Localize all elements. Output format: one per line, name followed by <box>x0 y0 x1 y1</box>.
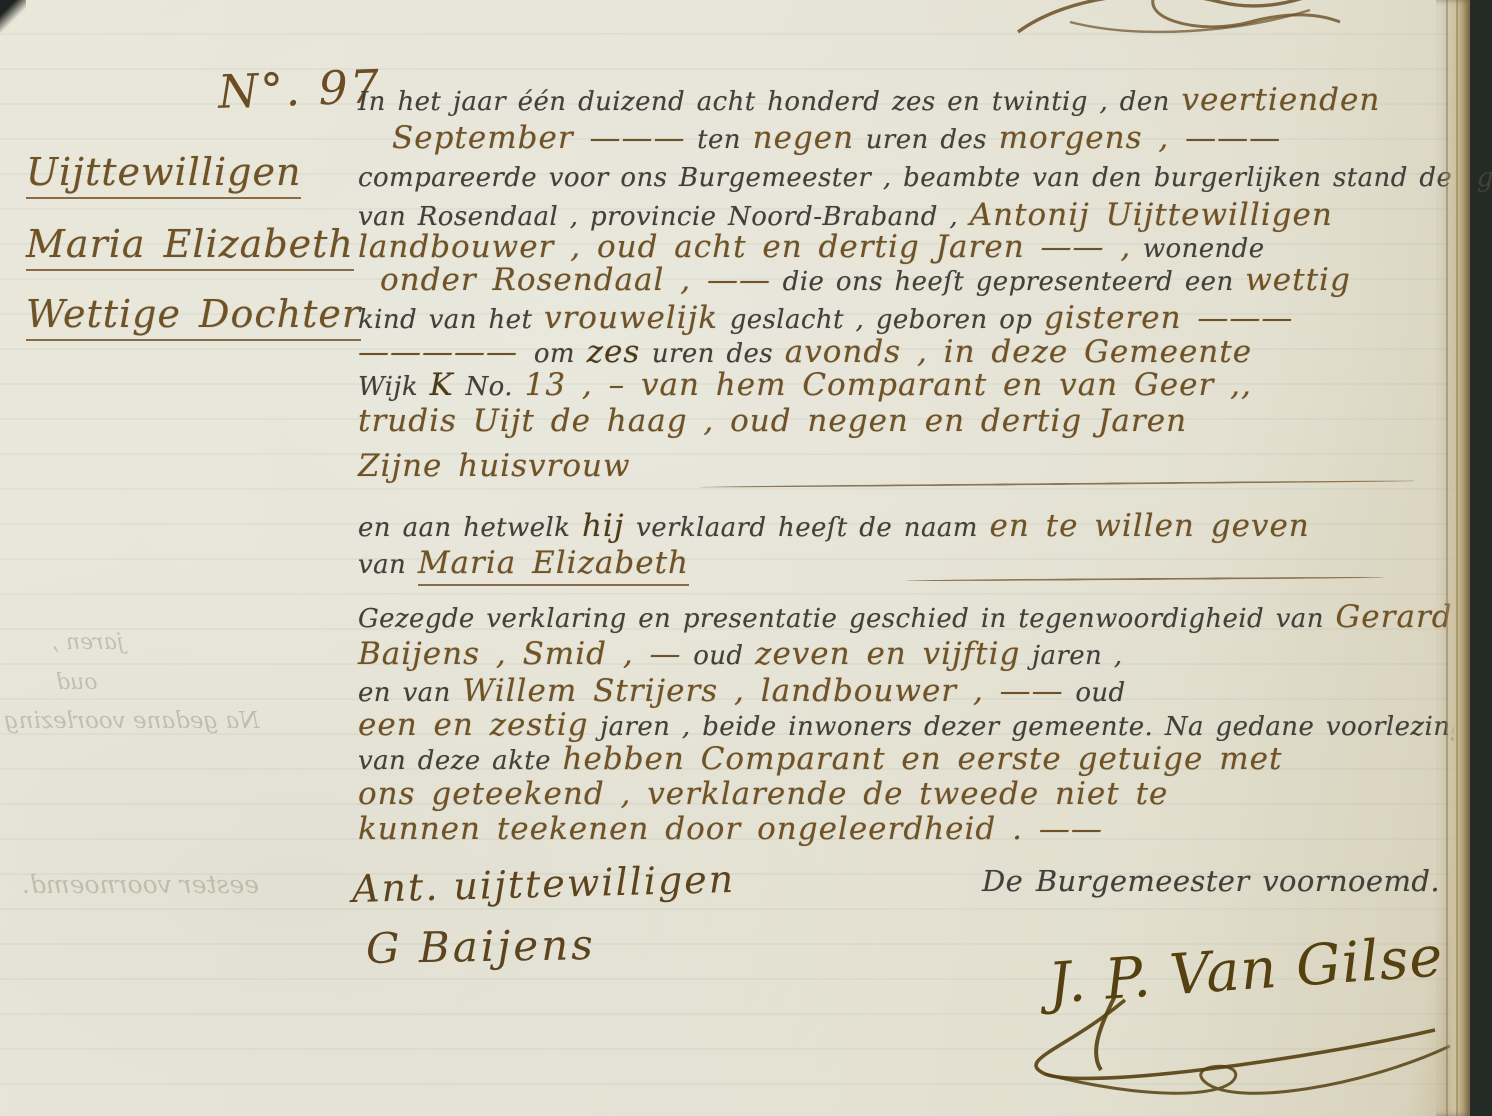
handwritten-text: veertienden <box>1181 82 1380 118</box>
printed-text: oud <box>1064 678 1126 708</box>
printed-text: en aan hetwelk <box>358 513 582 543</box>
handwritten-text: Uijttewilligen <box>26 150 301 199</box>
record-line: van Rosendaal , provincie Noord-Braband … <box>358 197 1333 233</box>
bleed-through-text: Na gedane voorlezing <box>4 708 259 734</box>
printed-text: jaren , beide inwoners dezer gemeente. N… <box>588 712 1467 742</box>
scanned-register-page: N°. 97 Uijttewilligen Maria Elizabeth We… <box>0 0 1492 1116</box>
handwritten-text: vrouwelijk <box>544 300 718 336</box>
printed-text: van deze akte <box>358 746 563 776</box>
printed-text: geslacht , geboren op <box>718 305 1044 335</box>
printed-text: oud <box>682 641 756 671</box>
signature-declarant: Ant. uijttewilligen <box>351 857 735 911</box>
printed-text: Wijk <box>358 372 430 402</box>
handwritten-text: zes <box>587 334 641 370</box>
record-line: Zijne huisvrouw <box>358 448 630 484</box>
record-line: van deze akte hebben Comparant en eerste… <box>358 741 1282 777</box>
record-line: en van Willem Strijers , landbouwer , ——… <box>358 673 1126 709</box>
handwritten-text: hij <box>582 508 625 544</box>
printed-text: kind van het <box>358 305 544 335</box>
record-line: landbouwer , oud acht en dertig Jaren ——… <box>358 229 1265 265</box>
record-line: compareerde voor ons Burgemeester , beam… <box>358 163 1492 193</box>
printed-text: compareerde voor ons Burgemeester , beam… <box>358 163 1492 193</box>
handwritten-text: trudis Uijt de haag , oud negen en derti… <box>358 403 1187 439</box>
record-line: van Maria Elizabeth <box>358 545 689 581</box>
previous-entry-flourish-icon <box>1010 0 1340 48</box>
printed-text: In het jaar één duizend acht honderd zes… <box>358 87 1181 117</box>
signature-witness: G Baijens <box>366 920 597 973</box>
printed-text: verklaard heeſt de naam <box>624 513 989 543</box>
margin-name-surname: Uijttewilligen <box>26 150 301 194</box>
margin-name-status: Wettige Dochter <box>26 292 361 336</box>
record-line: Wijk K No. 13 , – van hem Comparant en v… <box>358 367 1252 403</box>
printed-text: van Rosendaal , provincie Noord-Braband … <box>358 202 970 232</box>
handwritten-text: ons geteekend , verklarende de tweede ni… <box>358 776 1168 812</box>
record-line: Gezegde verklaring en presentatie geschi… <box>358 599 1453 635</box>
printed-text: ten <box>686 125 753 155</box>
printed-text: die ons heeſt gepresenteerd een <box>771 267 1245 297</box>
handwritten-text: wettig <box>1245 262 1351 298</box>
handwritten-text: Zijne huisvrouw <box>358 448 630 484</box>
printed-text: uren des <box>854 125 998 155</box>
record-line: September ——— ten negen uren des morgens… <box>392 120 1281 156</box>
record-line: trudis Uijt de haag , oud negen en derti… <box>358 403 1187 439</box>
printed-text: en van <box>358 678 462 708</box>
handwritten-text: een en zestig <box>358 707 588 743</box>
handwritten-text: zeven en vijftig <box>755 636 1020 672</box>
page-edge-line <box>1456 0 1458 1116</box>
record-line: ————— om zes uren des avonds , in deze G… <box>358 334 1252 370</box>
filler-stroke <box>905 576 1385 581</box>
filler-stroke <box>700 480 1415 488</box>
handwritten-text: morgens , ——— <box>999 120 1282 156</box>
printed-text: van <box>358 550 418 580</box>
record-line: kunnen teekenen door ongeleerdheid . —— <box>358 811 1103 847</box>
handwritten-text: K <box>430 367 454 403</box>
handwritten-text: hebben Comparant en eerste getuige met <box>563 741 1283 777</box>
record-line: en aan hetwelk hij verklaard heeſt de na… <box>358 508 1310 544</box>
signature-flourish-icon <box>1005 990 1455 1110</box>
handwritten-text: Maria Elizabeth <box>418 545 689 586</box>
paper-sheet: N°. 97 Uijttewilligen Maria Elizabeth We… <box>0 0 1470 1116</box>
burgemeester-caption: De Burgemeester voornoemd. <box>982 864 1440 898</box>
handwritten-text: kunnen teekenen door ongeleerdheid . —— <box>358 811 1103 847</box>
page-corner-shadow <box>0 0 26 60</box>
handwritten-text: ————— <box>358 334 534 370</box>
printed-text: Gezegde verklaring en presentatie geschi… <box>358 604 1336 634</box>
record-line: In het jaar één duizend acht honderd zes… <box>358 82 1380 118</box>
page-edge-line <box>1446 0 1448 1116</box>
handwritten-text: gisteren ——— <box>1044 300 1293 336</box>
record-line: onder Rosendaal , —— die ons heeſt gepre… <box>380 262 1351 298</box>
handwritten-text: en te willen geven <box>989 508 1309 544</box>
printed-text: jaren , <box>1020 641 1122 671</box>
handwritten-text: Willem Strijers , landbouwer , —— <box>462 673 1063 709</box>
handwritten-text: landbouwer , oud acht en dertig Jaren ——… <box>358 229 1131 265</box>
record-line: Baijens , Smid , — oud zeven en vijftig … <box>358 636 1123 672</box>
printed-text: No. <box>454 372 525 402</box>
bleed-through-text: jaren , <box>52 630 124 655</box>
record-line: ons geteekend , verklarende de tweede ni… <box>358 776 1168 812</box>
handwritten-text: onder Rosendaal , —— <box>380 262 771 298</box>
record-line: een en zestig jaren , beide inwoners dez… <box>358 707 1467 743</box>
handwritten-text: September ——— <box>392 120 686 156</box>
handwritten-text: Wettige Dochter <box>26 292 361 341</box>
margin-name-given: Maria Elizabeth <box>26 222 354 266</box>
printed-text: uren des <box>640 339 784 369</box>
printed-text: om <box>534 339 587 369</box>
handwritten-text: negen <box>753 120 854 156</box>
bleed-through-text: eester voornoemd. <box>22 870 259 899</box>
printed-text: wonende <box>1131 234 1264 264</box>
handwritten-text: 13 , – van hem Comparant en van Geer ,, <box>525 367 1252 403</box>
handwritten-text: Baijens , Smid , — <box>358 636 682 672</box>
handwritten-text: Antonij Uijttewilligen <box>970 197 1333 233</box>
book-page-edge <box>1436 0 1470 1116</box>
record-line: kind van het vrouwelijk geslacht , gebor… <box>358 300 1293 336</box>
handwritten-text: avonds , in deze Gemeente <box>785 334 1252 370</box>
bleed-through-text: oud <box>56 670 98 695</box>
handwritten-text: Maria Elizabeth <box>26 222 354 271</box>
